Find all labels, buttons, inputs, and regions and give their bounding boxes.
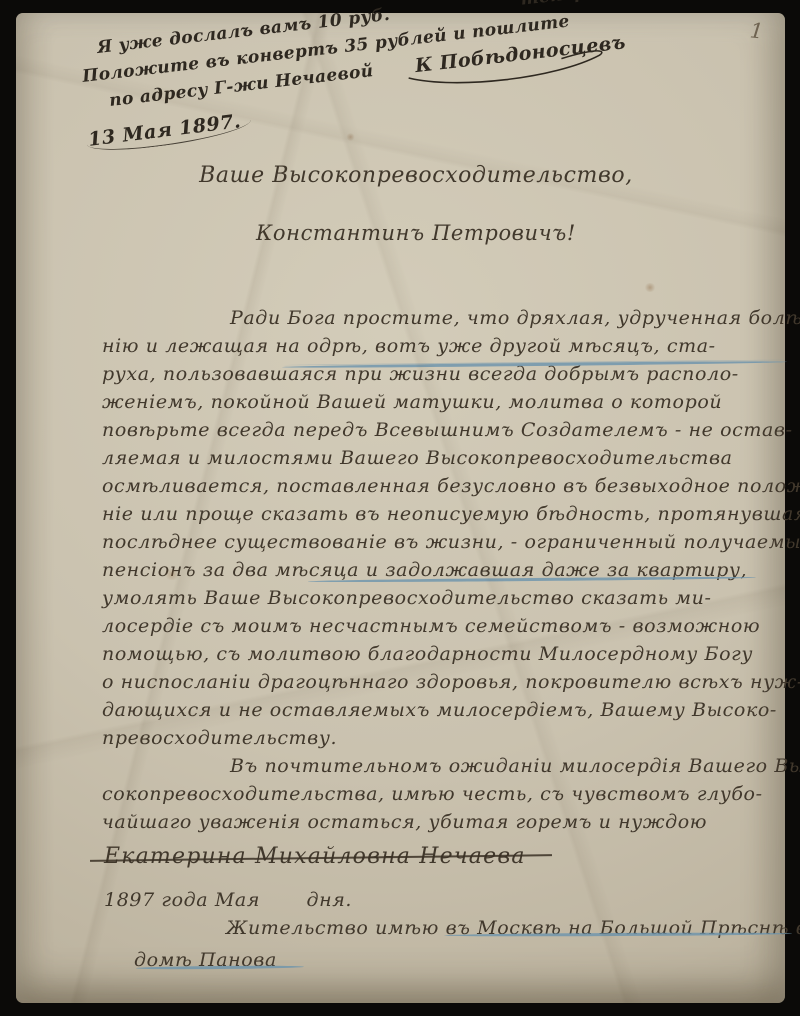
body-line: чайшаго уваженія остаться, убитая горемъ… [102,808,796,836]
body-line: Ради Бога простите, что дряхлая, удручен… [102,304,796,332]
body-line: лосердіе съ моимъ несчастнымъ семейством… [102,612,796,640]
paper-stain [644,283,656,292]
body-line: Въ почтительномъ ожиданіи милосердія Ваш… [102,752,796,780]
body-line: дающихся и не оставляемыхъ милосердіемъ,… [102,696,796,724]
paper-stain [346,133,355,141]
resolution-date: 13 Мая 1897. [85,109,253,155]
body-line: осмѣливается, поставленная безусловно въ… [102,472,796,500]
body-line: женіемъ, покойной Вашей матушки, молитва… [102,388,796,416]
body-line: повѣрьте всегда передъ Всевышнимъ Создат… [102,416,796,444]
page-number: 1 [749,18,765,43]
body-line: послѣднее существованіе въ жизни, - огра… [102,528,796,556]
letter-date: 1897 года Мая дня. [104,889,352,911]
body-line: ляемая и милостями Вашего Высокопревосхо… [102,444,796,472]
body-line: превосходительству. [102,724,796,752]
body-line: нію и лежащая на одрѣ, вотъ уже другой м… [102,332,796,360]
resolution-note: Я уже дослалъ вамъ 10 руб. теперь прошу.… [62,0,707,119]
salutation-title: Ваше Высокопревосходительство, [16,163,800,188]
salutation-name: Константинъ Петровичъ! [16,221,800,245]
body-line: помощью, съ молитвою благодарности Милос… [102,640,796,668]
letter-body: Ради Бога простите, что дряхлая, удручен… [102,304,796,836]
letter-paper: 1 Я уже дослалъ вамъ 10 руб. теперь прош… [16,13,785,1003]
body-line: ніе или проще сказать въ неописуемую бѣд… [102,500,796,528]
body-line: о ниспосланіи драгоцѣннаго здоровья, пок… [102,668,796,696]
body-line: сокопревосходительства, имѣю честь, съ ч… [102,780,796,808]
sender-signature: Екатерина Михайловна Нечаева [104,844,526,869]
body-line: умолять Ваше Высокопревосходительство ск… [102,584,796,612]
